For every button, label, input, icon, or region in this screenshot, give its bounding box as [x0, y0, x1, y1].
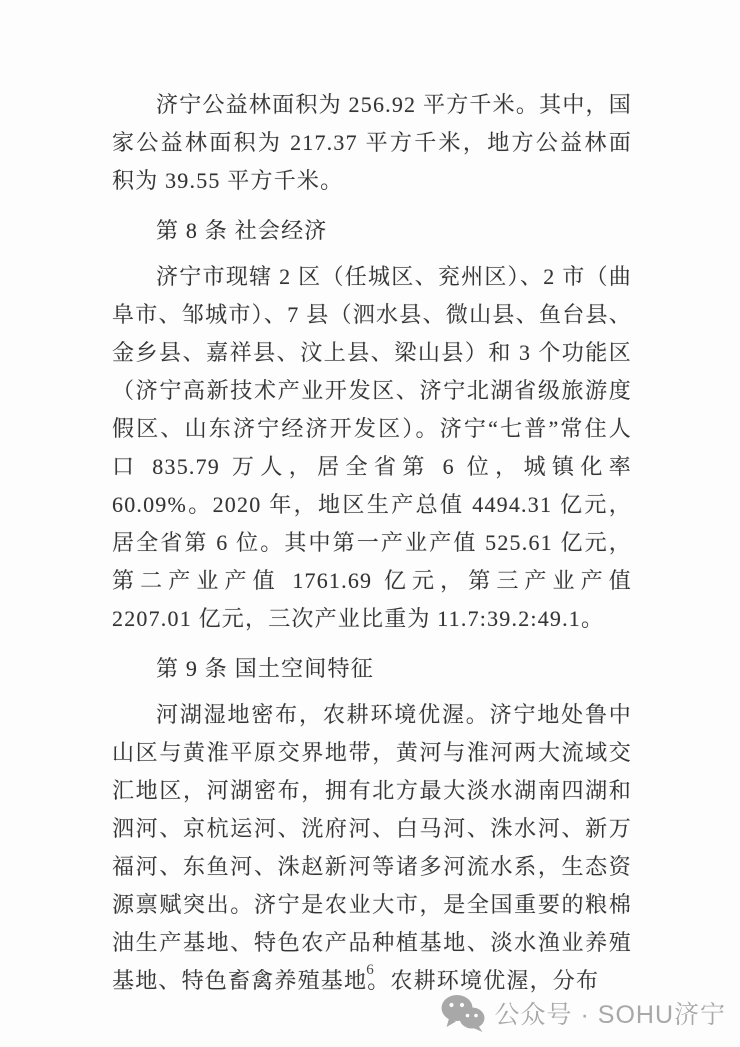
- paragraph-public-welfare-forest: 济宁公益林面积为 256.92 平方千米。其中，国家公益林面积为 217.37 …: [112, 86, 632, 200]
- watermark-label: 公众号 · SOHU济宁: [495, 995, 726, 1031]
- watermark: 公众号 · SOHU济宁: [440, 994, 726, 1032]
- document-page: 济宁公益林面积为 256.92 平方千米。其中，国家公益林面积为 217.37 …: [0, 0, 740, 1047]
- paragraph-territorial-space-features: 河湖湿地密布，农耕环境优渥。济宁地处鲁中山区与黄淮平原交界地带，黄河与淮河两大流…: [112, 696, 632, 1000]
- wechat-icon: [440, 994, 486, 1032]
- page-number: 6: [0, 962, 740, 979]
- section-heading-article-9: 第 9 条 国土空间特征: [112, 650, 632, 688]
- paragraph-social-economy: 济宁市现辖 2 区（任城区、兖州区）、2 市（曲阜市、邹城市）、7 县（泗水县、…: [112, 258, 632, 638]
- document-content: 济宁公益林面积为 256.92 平方千米。其中，国家公益林面积为 217.37 …: [112, 86, 632, 1000]
- section-heading-article-8: 第 8 条 社会经济: [112, 212, 632, 250]
